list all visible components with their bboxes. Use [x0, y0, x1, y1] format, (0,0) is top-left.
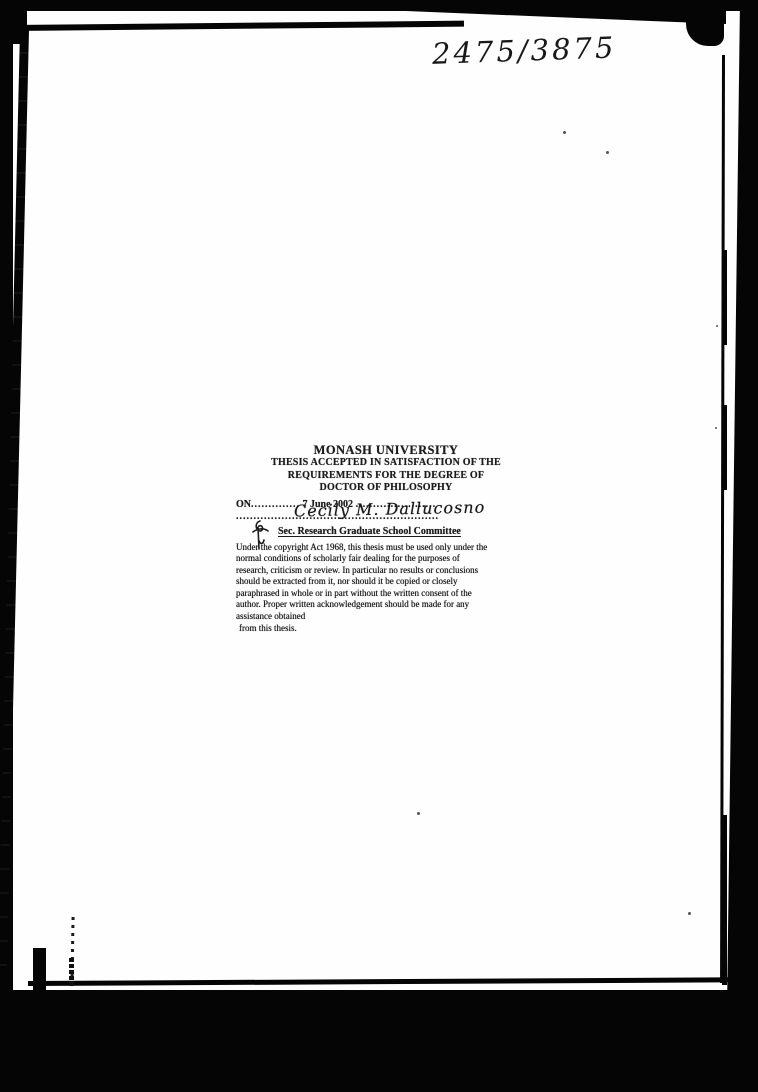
- dust-speck: [417, 812, 420, 815]
- acceptance-line-2: REQUIREMENTS FOR THE DEGREE OF: [236, 470, 536, 483]
- copyright-line: Under the copyright Act 1968, this thesi…: [236, 542, 536, 554]
- scan-bottom-left-mark: [33, 948, 46, 992]
- scan-right-edge-thick-segment: [722, 815, 727, 985]
- scan-right-edge-thick-segment: [723, 405, 727, 490]
- university-name: MONASH UNIVERSITY: [236, 443, 536, 457]
- dust-speck: [715, 427, 717, 429]
- dust-speck: [688, 912, 691, 915]
- copyright-line: paraphrased in whole or in part without …: [236, 588, 536, 600]
- copyright-line: should be extracted from it, nor should …: [236, 576, 536, 588]
- signature-flourish-icon: [250, 519, 278, 553]
- scan-bottom-border: [0, 990, 758, 1092]
- committee-row: Sec. Research Graduate School Committee: [236, 525, 536, 538]
- dotted-leader: ..............: [251, 499, 300, 510]
- copyright-line: author. Proper written acknowledgement s…: [236, 599, 536, 611]
- thesis-acceptance-stamp: MONASH UNIVERSITY THESIS ACCEPTED IN SAT…: [236, 443, 536, 634]
- acceptance-line-1: THESIS ACCEPTED IN SATISFACTION OF THE: [236, 457, 536, 470]
- page-curl-top-right: [686, 0, 724, 46]
- on-label: ON: [236, 499, 251, 510]
- copyright-line: normal conditions of scholarly fair deal…: [236, 553, 536, 565]
- committee-label: Sec. Research Graduate School Committee: [278, 526, 461, 537]
- acceptance-line-3: DOCTOR OF PHILOSOPHY: [236, 482, 536, 495]
- signature-row: ........................................…: [236, 511, 536, 523]
- copyright-line: research, criticism or review. In partic…: [236, 565, 536, 577]
- copyright-line: from this thesis.: [236, 623, 536, 635]
- scanned-page-canvas: 2475/3875 MONASH UNIVERSITY THESIS ACCEP…: [0, 0, 758, 1092]
- scan-right-edge-thick-segment: [723, 250, 727, 345]
- copyright-line: assistance obtained: [236, 611, 536, 623]
- copyright-notice: Under the copyright Act 1968, this thesi…: [236, 542, 536, 635]
- dust-speck: [716, 325, 718, 327]
- scan-dust-streak: [69, 958, 74, 988]
- dust-speck: [563, 131, 566, 134]
- dust-speck: [606, 151, 609, 154]
